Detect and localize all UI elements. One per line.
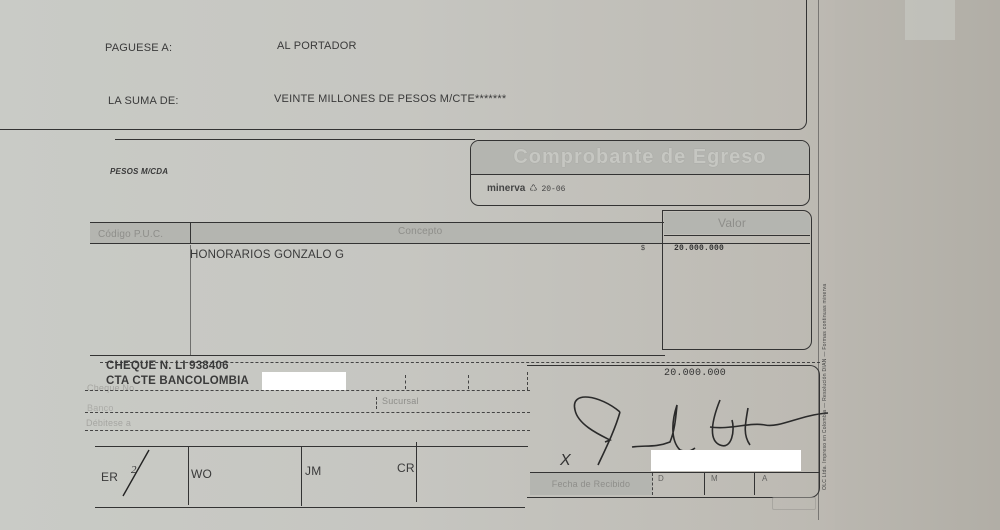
pay-to-label: PAGUESE A:: [105, 42, 172, 54]
signature-x-mark: X: [560, 452, 571, 470]
approvals-top-line: [95, 446, 528, 447]
side-print-text: OLC Ltda. Impreso en Colombia — Resoluci…: [822, 284, 828, 490]
debit-label-faded: Débitese a: [86, 418, 131, 428]
initials-slash-icon: 2: [121, 448, 151, 498]
table-bottom-line: [90, 355, 665, 356]
approvals-bottom-line: [95, 507, 525, 508]
date-divider-2: [704, 473, 705, 495]
approval-er: ER: [101, 470, 118, 484]
side-edge-line: [818, 0, 819, 520]
table-header-band: [90, 223, 662, 243]
row-concept: HONORARIOS GONZALO G: [190, 249, 344, 261]
pesos-label: PESOS M/CDA: [110, 167, 168, 176]
date-received-label-box: Fecha de Recibido: [530, 473, 652, 495]
signer-name-redaction: [651, 450, 801, 471]
paper-shadow: [905, 0, 955, 40]
footer-stamp: [772, 497, 816, 510]
approval-er-initials: 2: [121, 448, 151, 503]
concept-col-divider: [190, 245, 191, 355]
voucher-title: Comprobante de Egreso: [513, 146, 766, 169]
divider-header: [115, 139, 475, 140]
payment-divider-d: [376, 397, 377, 409]
brand-logo: minerva: [487, 183, 525, 194]
pay-to-value: AL PORTADOR: [277, 40, 357, 52]
branch-label-faded: Sucursal: [382, 396, 419, 406]
voucher-title-band: Comprobante de Egreso: [471, 141, 809, 175]
account-number-redaction: [262, 372, 346, 390]
col-header-concept: Concepto: [398, 226, 442, 237]
payment-divider-b: [468, 375, 469, 389]
code-col-divider: [190, 223, 191, 243]
approvals-divider-2: [301, 446, 302, 506]
approval-wo: WO: [191, 467, 212, 481]
svg-text:2: 2: [131, 464, 137, 476]
paper-background-right: [835, 0, 1000, 530]
date-month: M: [711, 474, 718, 483]
sum-value: VEINTE MILLONES DE PESOS M/CTE*******: [274, 93, 506, 105]
payment-line-2: [85, 412, 530, 413]
col-header-value: Valor: [718, 216, 746, 230]
form-code: 20-06: [541, 185, 565, 194]
approvals-divider-1: [188, 447, 189, 505]
cheque-number: CHEQUE N. LI 938406: [106, 360, 229, 372]
date-divider-1: [652, 473, 653, 495]
payment-divider-a: [405, 375, 406, 389]
date-year: A: [762, 474, 768, 483]
row-currency: $: [641, 245, 645, 252]
date-divider-3: [754, 473, 755, 495]
cheque-label-faded: Cheque No.: [87, 383, 137, 393]
payment-line-3: [85, 430, 530, 431]
header-frame: [0, 0, 807, 130]
payment-line-1: [85, 390, 530, 391]
voucher-box: Comprobante de Egreso minerva ♺ 20-06: [470, 140, 810, 206]
date-received-label: Fecha de Recibido: [552, 479, 630, 489]
brand-icon: ♺: [529, 183, 537, 194]
col-header-code: Código P.U.C.: [98, 229, 163, 240]
date-day: D: [658, 474, 664, 483]
value-header-bottom: [664, 235, 810, 236]
approval-jm: JM: [305, 464, 321, 478]
approvals-divider-3: [416, 442, 417, 502]
approval-cr: CR: [397, 461, 415, 475]
row-value: 20.000.000: [674, 244, 724, 253]
sum-label: LA SUMA DE:: [108, 95, 179, 107]
